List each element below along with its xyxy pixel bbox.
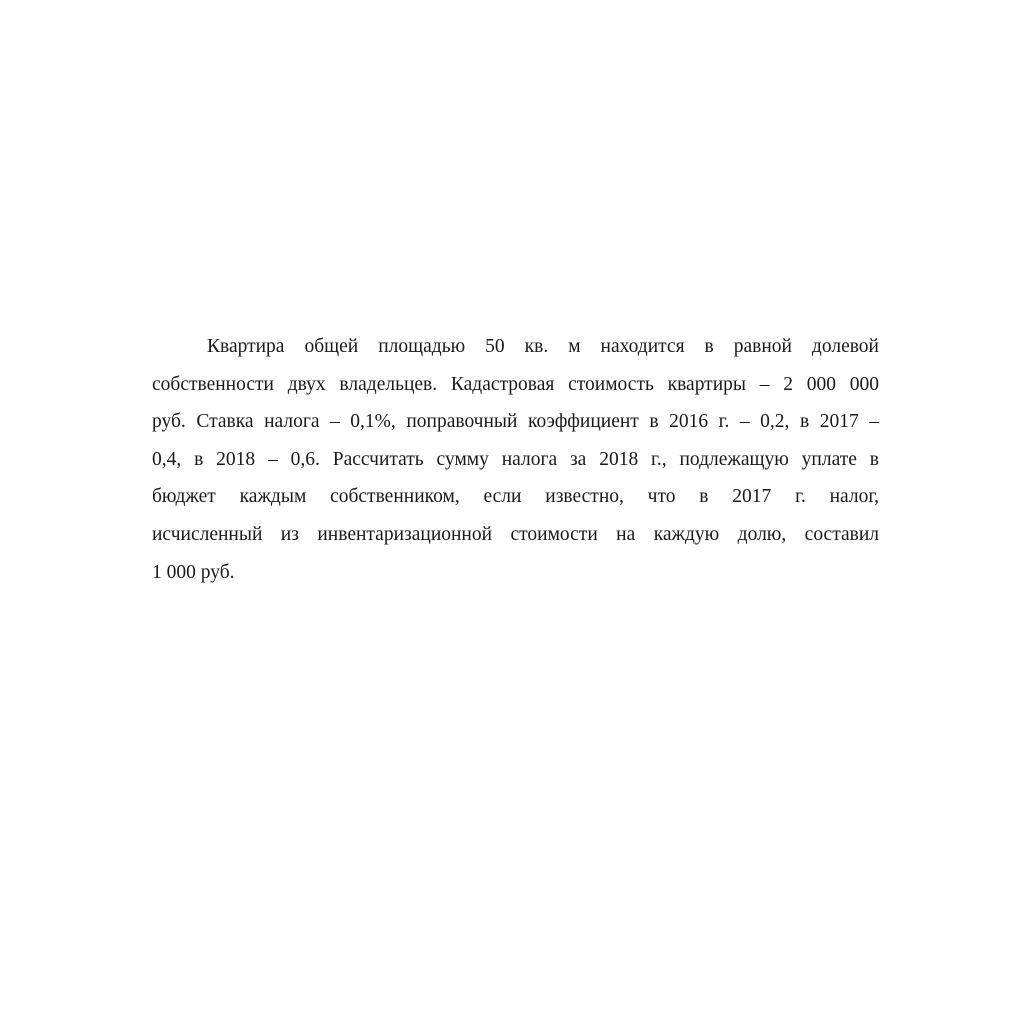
paragraph-line: исчисленный из инвентаризационной стоимо…	[152, 516, 879, 554]
paragraph-line: бюджет каждым собственником, если извест…	[152, 478, 879, 516]
document-page: Квартира общей площадью 50 кв. м находит…	[0, 0, 1024, 1024]
paragraph-line: 0,4, в 2018 – 0,6. Рассчитать сумму нало…	[152, 441, 879, 479]
task-paragraph: Квартира общей площадью 50 кв. м находит…	[152, 328, 879, 591]
paragraph-line: собственности двух владельцев. Кадастров…	[152, 366, 879, 404]
paragraph-line: руб. Ставка налога – 0,1%, поправочный к…	[152, 403, 879, 441]
paragraph-line: Квартира общей площадью 50 кв. м находит…	[152, 328, 879, 366]
paragraph-line: 1 000 руб.	[152, 554, 879, 592]
